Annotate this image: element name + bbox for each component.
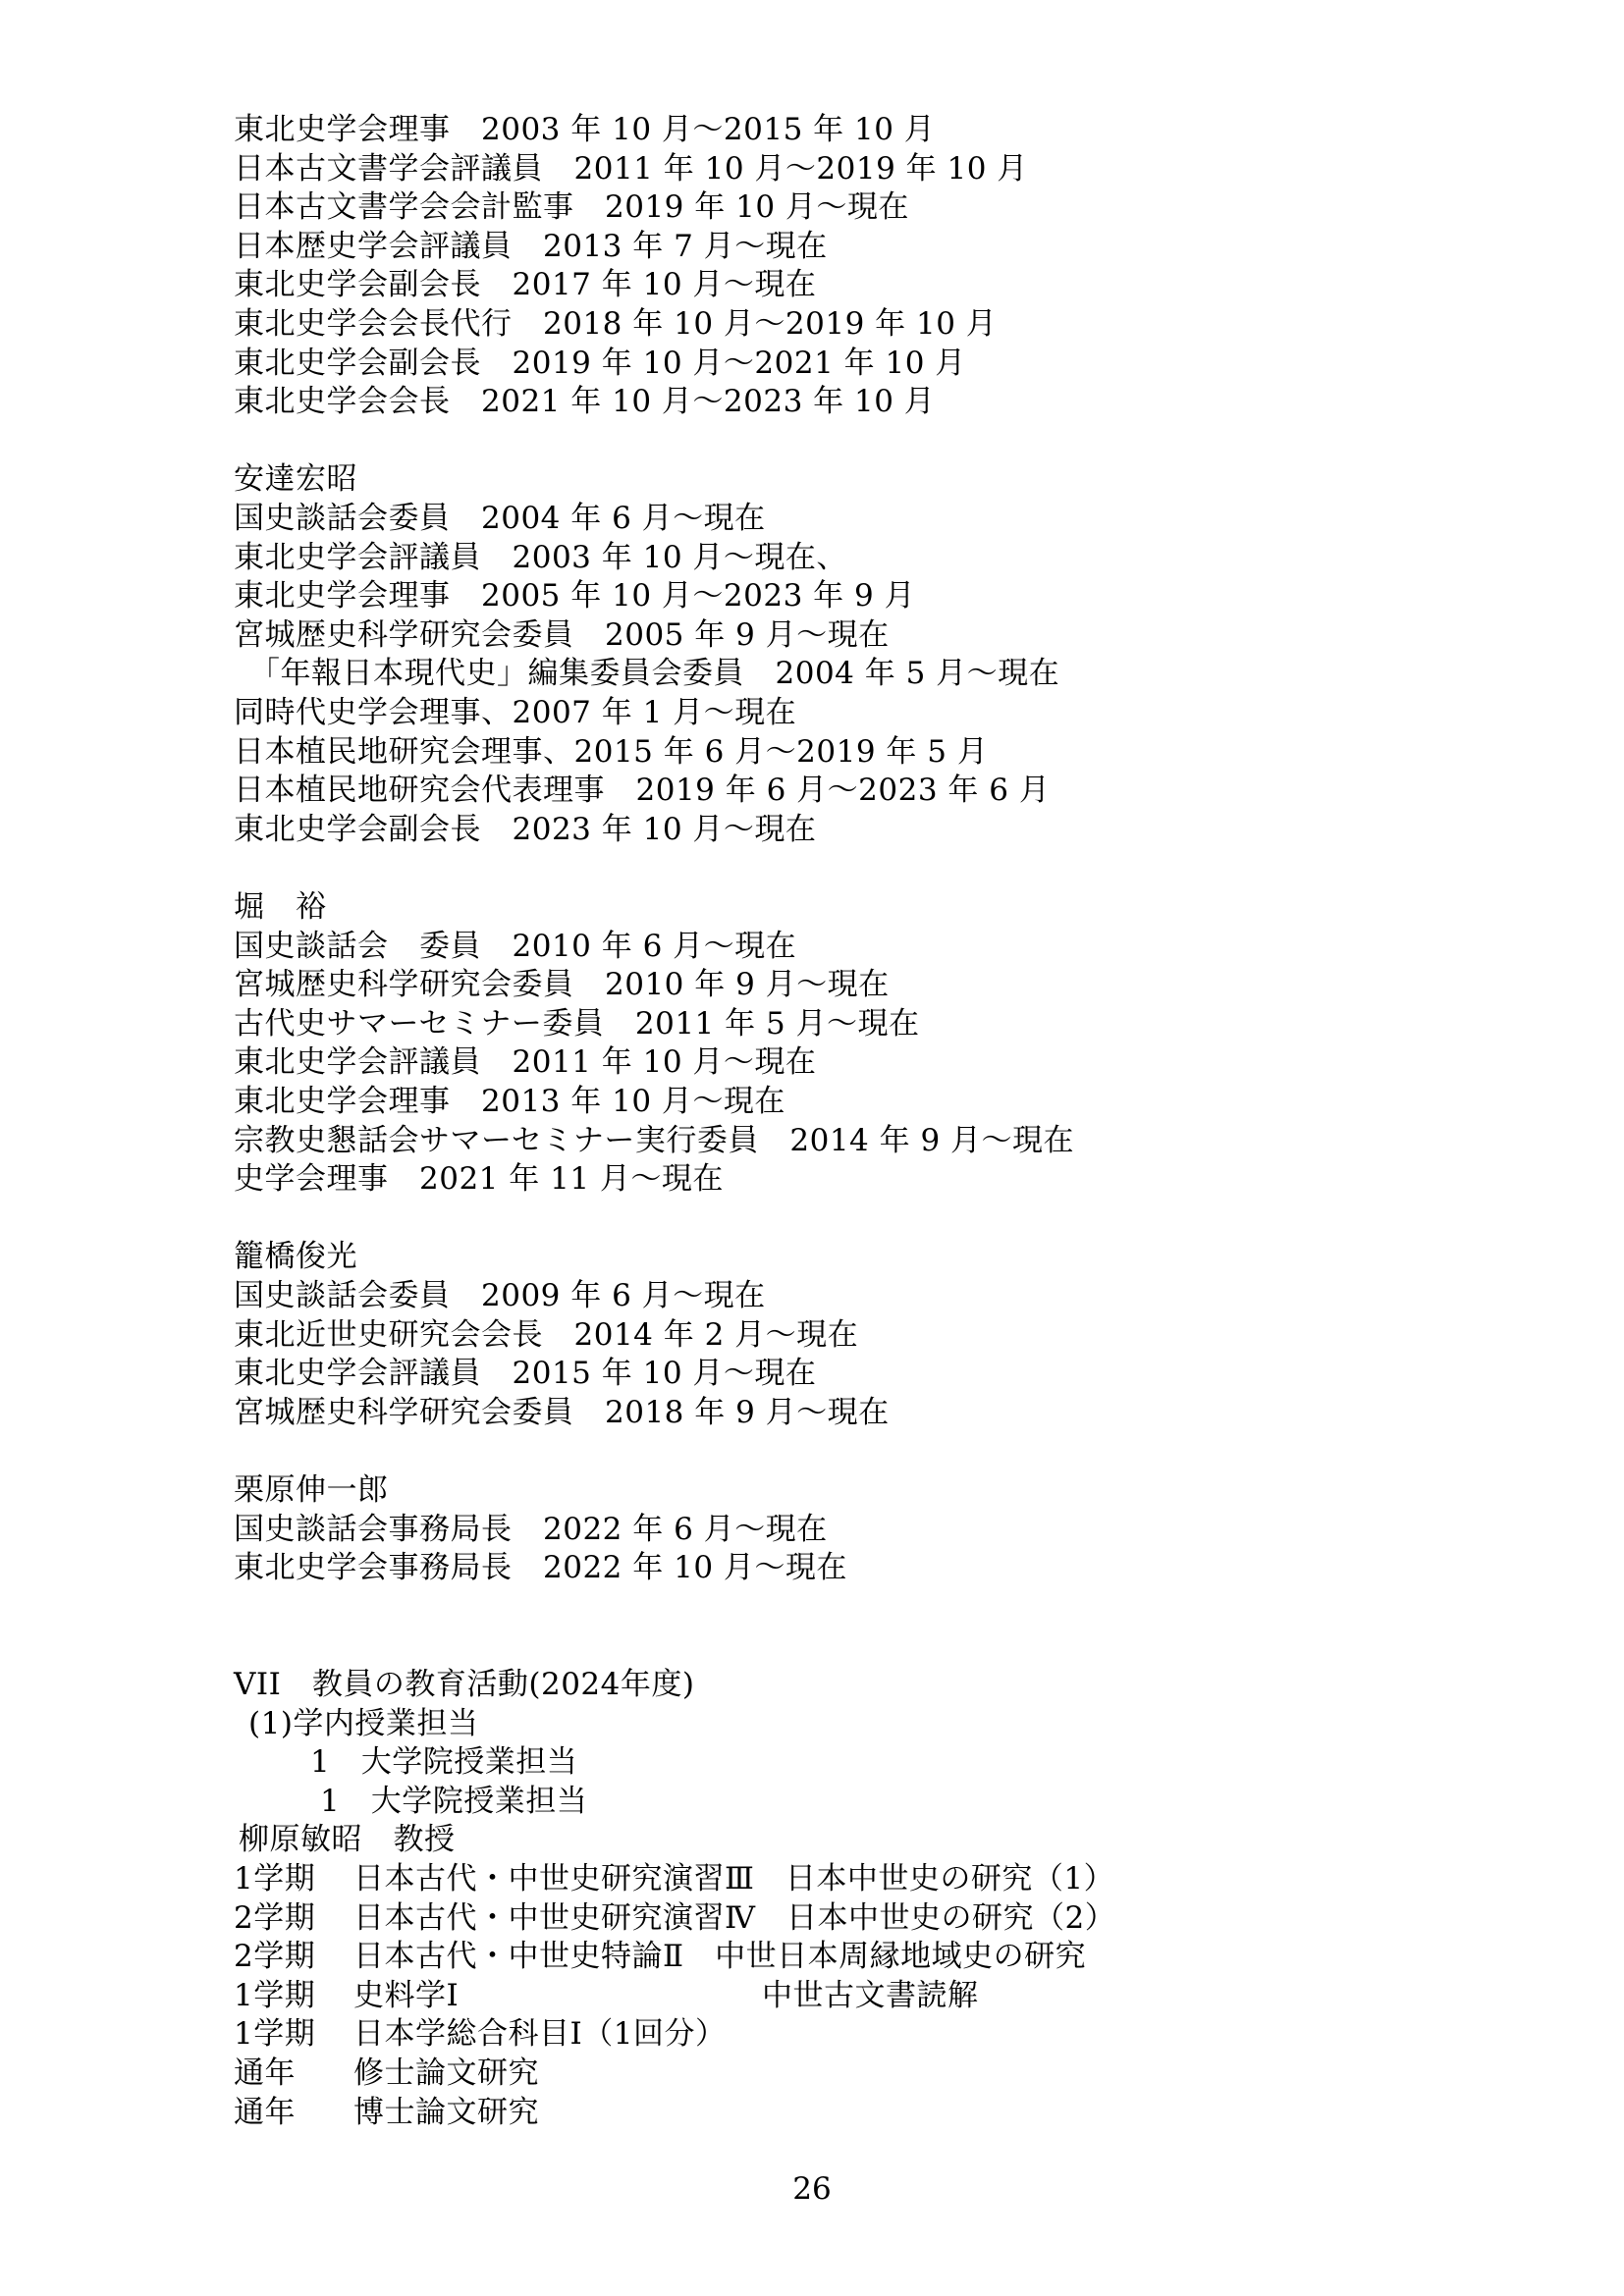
- course-line: 1学期日本学総合科目I（1回分）: [234, 2014, 726, 2054]
- activity-line: 東北史学会副会長 2019 年 10 月～2021 年 10 月: [234, 344, 966, 383]
- sub-item: 1 大学院授業担当: [234, 1782, 587, 1821]
- member-name: 安達宏昭: [234, 459, 357, 499]
- activity-line: 東北近世史研究会会長 2014 年 2 月～現在: [234, 1315, 858, 1355]
- activity-line: 同時代史学会理事、2007 年 1 月～現在: [234, 693, 796, 732]
- course-line: 2学期日本古代・中世史特論Ⅱ 中世日本周縁地域史の研究: [234, 1937, 1086, 1976]
- activity-line: 日本植民地研究会代表理事 2019 年 6 月～2023 年 6 月: [234, 771, 1050, 810]
- course-name: 史料学I: [353, 1978, 459, 2013]
- activity-line: 宮城歴史科学研究会委員 2018 年 9 月～現在: [234, 1393, 890, 1432]
- course-line: 通年修士論文研究: [234, 2054, 539, 2093]
- activity-line: 東北史学会副会長 2017 年 10 月～現在: [234, 265, 816, 304]
- member-name: 堀 裕: [234, 887, 327, 927]
- course-name: 博士論文研究: [353, 2095, 539, 2130]
- course-term: 通年: [234, 2093, 353, 2132]
- activity-line: 国史談話会 委員 2010 年 6 月～現在: [234, 927, 796, 966]
- activity-line: 日本植民地研究会理事、2015 年 6 月～2019 年 5 月: [234, 732, 988, 772]
- activity-line: 史学会理事 2021 年 11 月～現在: [234, 1159, 724, 1199]
- member-name: 籠橋俊光: [234, 1237, 357, 1276]
- activity-line: 古代史サマーセミナー委員 2011 年 5 月～現在: [234, 1004, 920, 1043]
- subsection-heading: (1)学内授業担当: [234, 1704, 478, 1743]
- activity-line: 日本古文書学会評議員 2011 年 10 月～2019 年 10 月: [234, 149, 1028, 188]
- activity-line: 東北史学会評議員 2003 年 10 月～現在、: [234, 538, 847, 577]
- course-term: 1学期: [234, 1976, 353, 2015]
- page-number: 26: [0, 2169, 1624, 2209]
- course-name: 日本学総合科目I（1回分）: [353, 2016, 726, 2052]
- course-term: 2学期: [234, 1937, 353, 1976]
- course-name: 修士論文研究: [353, 2056, 539, 2091]
- document-content: 東北史学会理事 2003 年 10 月～2015 年 10 月日本古文書学会評議…: [0, 0, 1624, 2296]
- activity-line: 東北史学会理事 2013 年 10 月～現在: [234, 1082, 785, 1121]
- course-term: 1学期: [234, 1859, 353, 1898]
- activity-line: 日本歴史学会評議員 2013 年 7 月～現在: [234, 227, 828, 266]
- activity-line: 東北史学会副会長 2023 年 10 月～現在: [234, 810, 816, 849]
- activity-line: 東北史学会評議員 2011 年 10 月～現在: [234, 1042, 816, 1082]
- activity-line: 東北史学会会長代行 2018 年 10 月～2019 年 10 月: [234, 304, 997, 344]
- activity-line: 東北史学会理事 2005 年 10 月～2023 年 9 月: [234, 576, 915, 615]
- activity-line: 宗教史懇話会サマーセミナー実行委員 2014 年 9 月～現在: [234, 1121, 1074, 1160]
- course-topic: 日本中世史の研究（2）: [755, 1900, 1115, 1936]
- activity-line: 「年報日本現代史」編集委員会委員 2004 年 5 月～現在: [234, 654, 1059, 693]
- section-heading: VII 教員の教育活動(2024年度): [234, 1665, 694, 1704]
- activity-line: 東北史学会会長 2021 年 10 月～2023 年 10 月: [234, 382, 935, 421]
- course-line: 通年博士論文研究: [234, 2093, 539, 2132]
- activity-line: 宮城歴史科学研究会委員 2005 年 9 月～現在: [234, 615, 890, 655]
- course-term: 1学期: [234, 2014, 353, 2054]
- course-name: 日本古代・中世史研究演習Ⅲ: [353, 1861, 754, 1896]
- course-topic: 日本中世史の研究（1）: [754, 1861, 1114, 1896]
- course-line: 1学期日本古代・中世史研究演習Ⅲ 日本中世史の研究（1）: [234, 1859, 1114, 1898]
- sub-item: 1 大学院授業担当: [234, 1742, 577, 1782]
- course-name: 日本古代・中世史研究演習Ⅳ: [353, 1900, 755, 1936]
- activity-line: 国史談話会委員 2009 年 6 月～現在: [234, 1276, 766, 1315]
- activity-line: 日本古文書学会会計監事 2019 年 10 月～現在: [234, 187, 909, 227]
- document-page: 東北史学会理事 2003 年 10 月～2015 年 10 月日本古文書学会評議…: [0, 0, 1624, 2296]
- course-name: 日本古代・中世史特論Ⅱ: [353, 1939, 684, 1974]
- activity-line: 東北史学会理事 2003 年 10 月～2015 年 10 月: [234, 110, 935, 149]
- instructor-line: 柳原敏昭 教授: [234, 1820, 456, 1859]
- course-term: 通年: [234, 2054, 353, 2093]
- course-line: 2学期日本古代・中世史研究演習Ⅳ 日本中世史の研究（2）: [234, 1898, 1115, 1938]
- activity-line: 国史談話会委員 2004 年 6 月～現在: [234, 499, 766, 538]
- course-topic: 中世古文書読解: [762, 1976, 979, 2015]
- activity-line: 宮城歴史科学研究会委員 2010 年 9 月～現在: [234, 965, 890, 1004]
- activity-line: 東北史学会事務局長 2022 年 10 月～現在: [234, 1548, 847, 1587]
- activity-line: 東北史学会評議員 2015 年 10 月～現在: [234, 1354, 816, 1393]
- course-term: 2学期: [234, 1898, 353, 1938]
- course-topic: 中世日本周縁地域史の研究: [684, 1939, 1087, 1974]
- course-line: 1学期史料学I中世古文書読解: [234, 1976, 459, 2015]
- member-name: 栗原伸一郎: [234, 1470, 389, 1510]
- activity-line: 国史談話会事務局長 2022 年 6 月～現在: [234, 1510, 828, 1549]
